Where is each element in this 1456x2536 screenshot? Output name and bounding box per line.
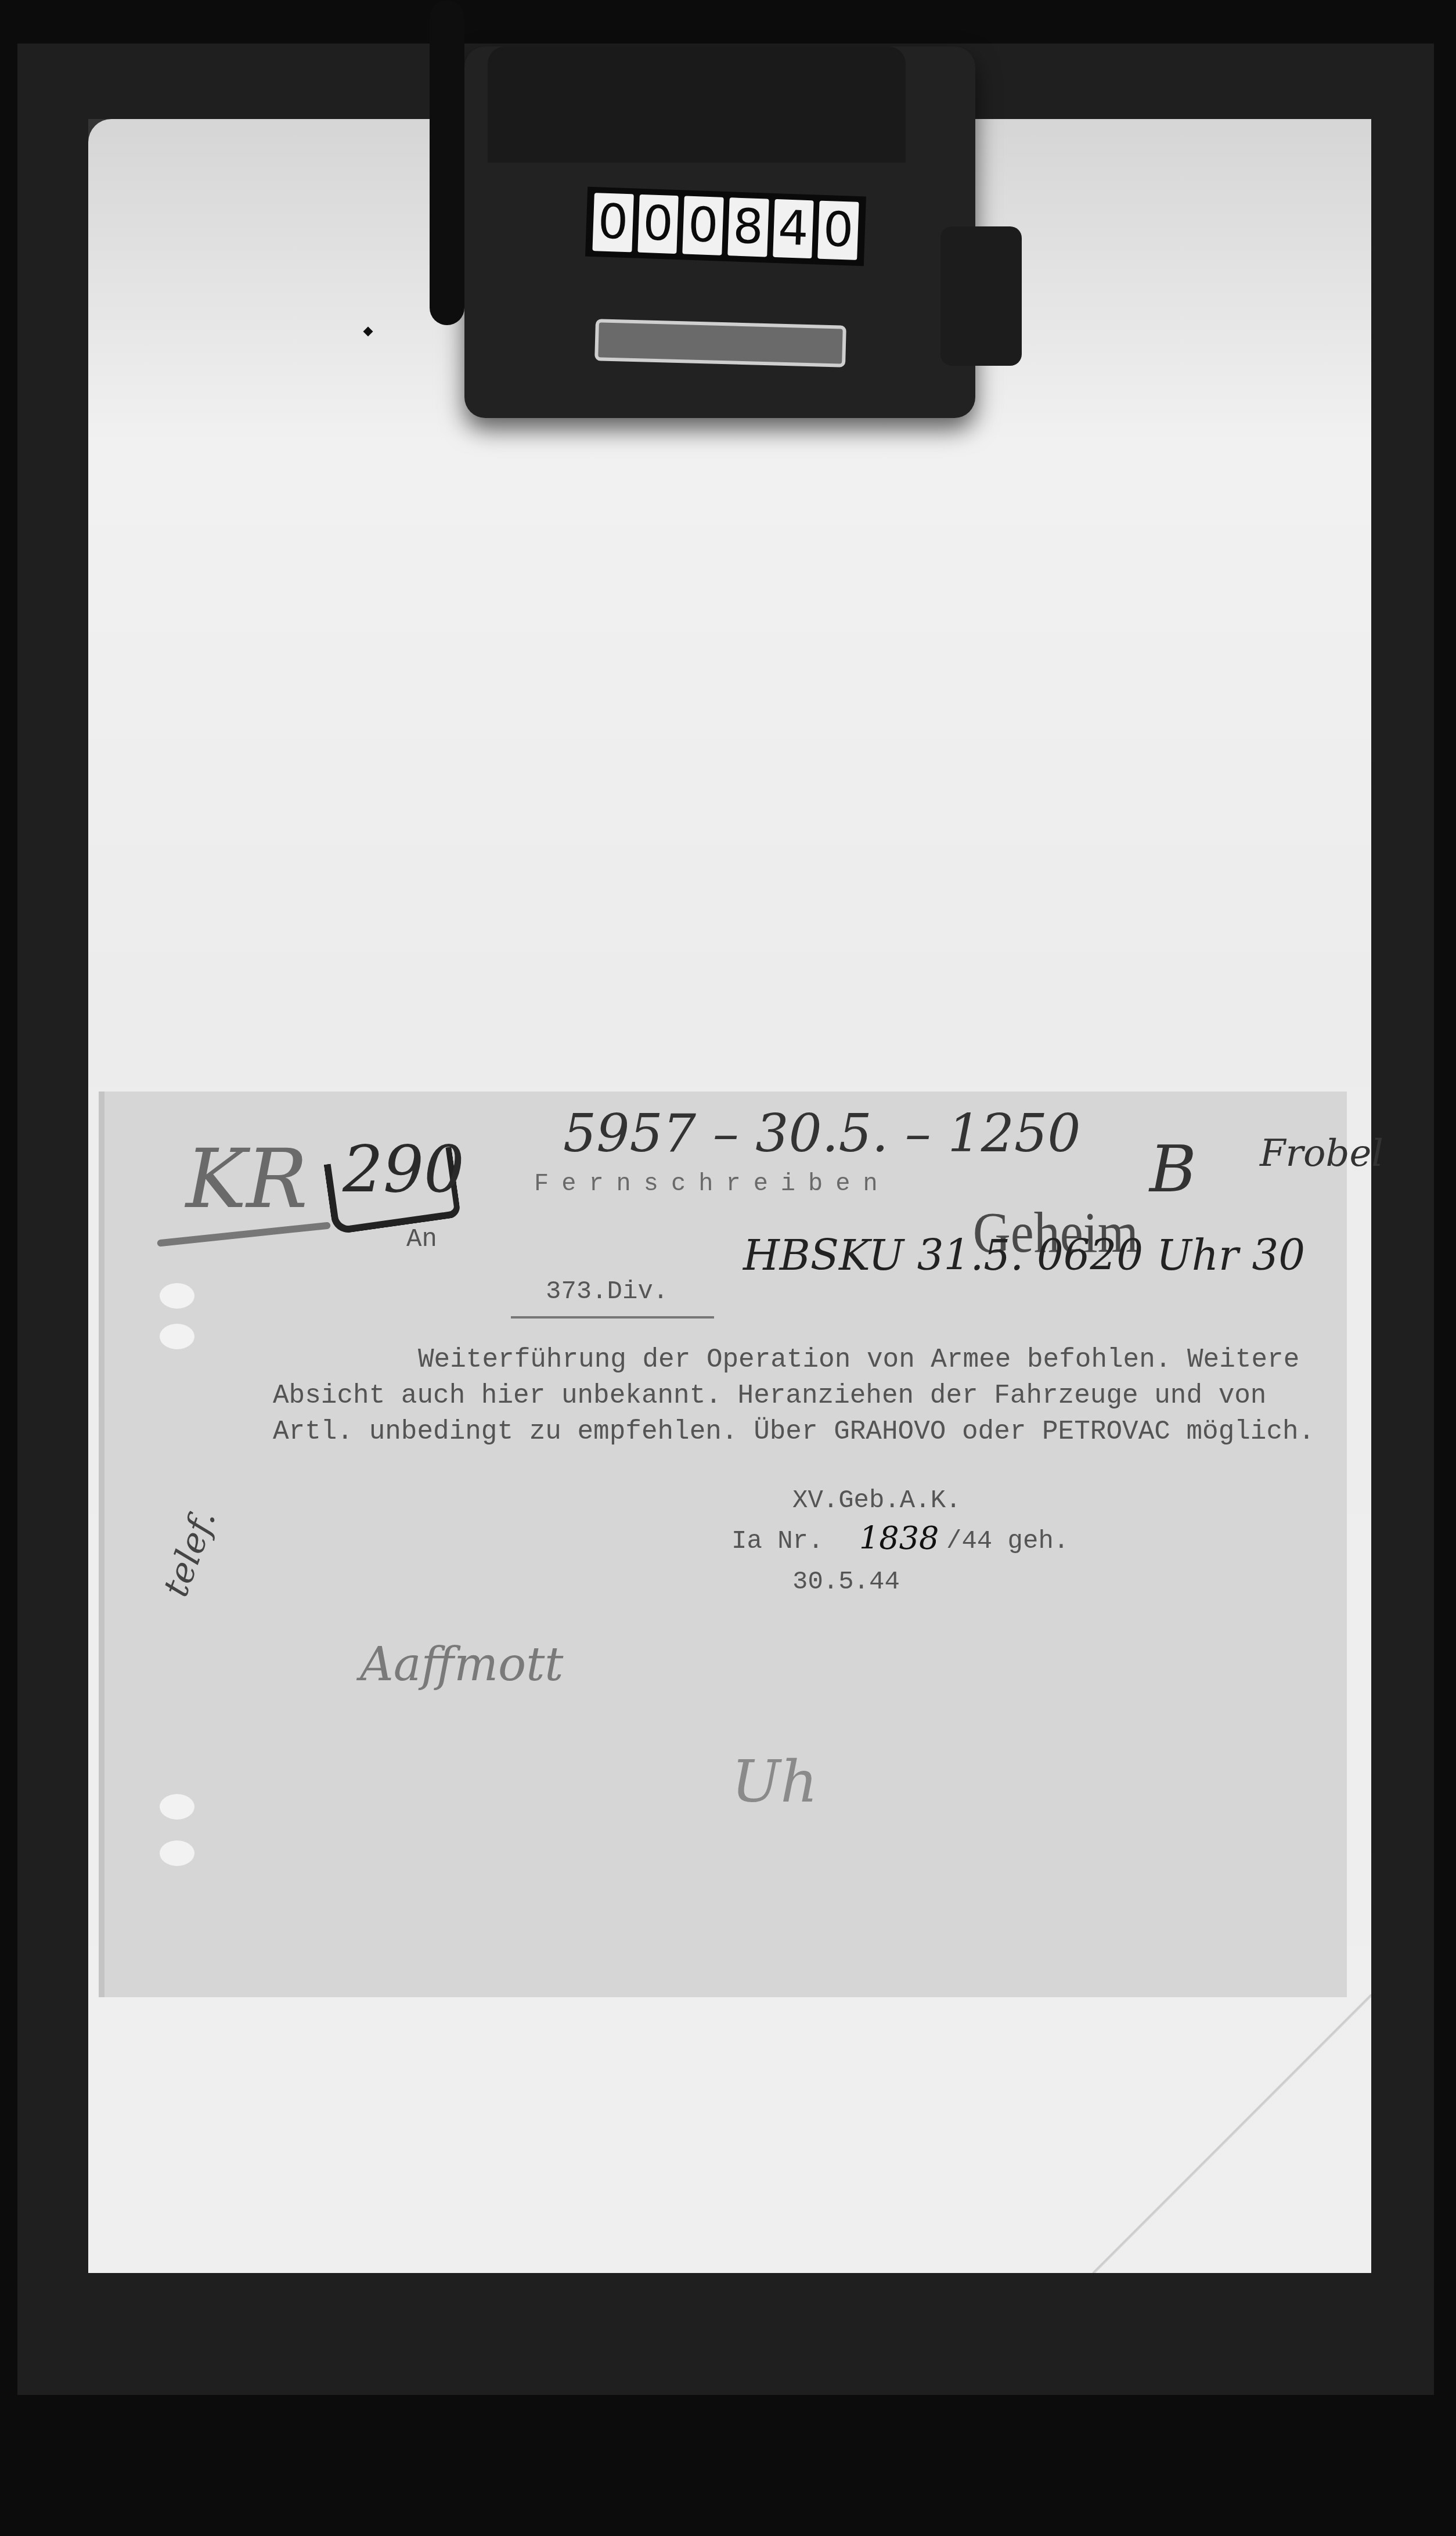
reference-number: 1838	[859, 1520, 939, 1557]
archive-number: 290	[343, 1132, 464, 1206]
telegram-document: KR 290 5957 – 30.5. – 1250 Fernschreiben…	[104, 1092, 1347, 1997]
corner-fold-line	[1093, 1994, 1371, 2273]
counter-cable	[430, 0, 464, 325]
receipt-note: HBSKU 31.5. 0620 Uhr 30	[743, 1231, 1305, 1280]
sender: XV.Geb.A.K.	[792, 1486, 961, 1515]
punch-hole	[160, 1283, 194, 1309]
reference-prefix: Ia Nr.	[731, 1527, 823, 1556]
initials: Uh	[731, 1748, 818, 1815]
document-title: Fernschreiben	[534, 1170, 891, 1198]
recipient: 373.Div.	[546, 1277, 668, 1306]
initial-mark: B	[1149, 1132, 1196, 1206]
punch-hole	[160, 1324, 194, 1349]
counter-display: 0 0 0 8 4 0	[585, 187, 866, 266]
signature: Aaffmott	[360, 1637, 563, 1691]
punch-hole	[160, 1840, 194, 1866]
archive-ref: KR	[186, 1132, 308, 1227]
handwritten-name: Frobel	[1260, 1132, 1383, 1175]
recipient-underline	[511, 1316, 714, 1319]
transmission-header: 5957 – 30.5. – 1250	[563, 1103, 1081, 1164]
counter-digit: 8	[727, 197, 769, 257]
margin-note: telef.	[156, 1504, 224, 1602]
body-line-3: Artl. unbedingt zu empfehlen. Über GRAHO…	[273, 1413, 1314, 1450]
recipient-label: An	[406, 1225, 437, 1254]
counter-digit: 0	[592, 193, 633, 252]
counter-digit: 0	[818, 201, 859, 260]
counter-digit: 0	[637, 194, 679, 254]
punch-hole	[160, 1794, 194, 1820]
counter-name-plate	[594, 319, 846, 367]
counter-reset-knob	[940, 226, 1022, 366]
body-line-1: Weiterführung der Operation von Armee be…	[418, 1341, 1299, 1378]
reference-suffix: /44 geh.	[946, 1527, 1069, 1556]
body-line-2: Absicht auch hier unbekannt. Heranziehen…	[273, 1377, 1266, 1414]
document-date: 30.5.44	[792, 1568, 900, 1597]
frame-counter-device: 0 0 0 8 4 0	[464, 46, 975, 418]
counter-digit: 0	[683, 196, 724, 255]
microfilm-frame: 0 0 0 8 4 0 KR 290 5957 – 30.5. – 1250 F…	[0, 0, 1456, 2536]
counter-digit: 4	[773, 199, 814, 258]
counter-housing-top	[488, 46, 906, 163]
